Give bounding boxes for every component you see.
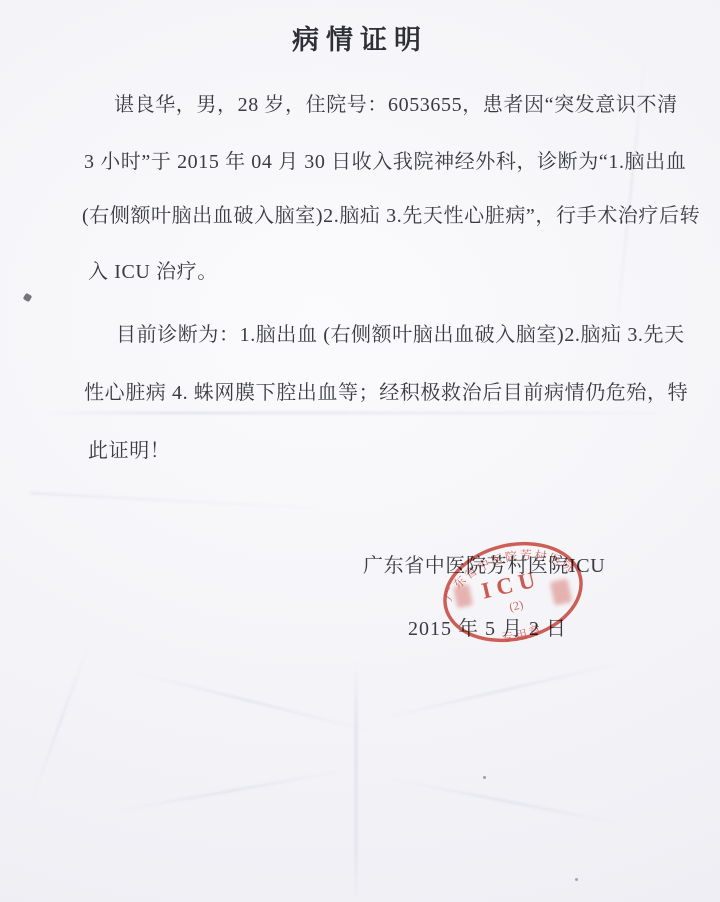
paper-crease [112, 769, 349, 813]
paragraph2-line3: 此证明！ [88, 434, 170, 463]
scanned-document-page: 病情证明 谌良华，男，28 岁，住院号：6053655，患者因“突发意识不清 3… [0, 0, 720, 902]
stamp-graphic: 广东省中医院芳村医院 专用章 ICU (2) [416, 512, 610, 671]
paper-crease [30, 492, 330, 510]
paper-crease [373, 661, 627, 721]
stamp-smudge [453, 584, 473, 609]
paper-crease [124, 669, 377, 734]
paper-crease [40, 412, 680, 414]
paper-crease [355, 660, 357, 900]
issue-date: 2015 年 5 月 2 日 [408, 612, 567, 641]
ink-speck [575, 878, 578, 881]
paper-crease [614, 41, 647, 340]
paragraph2-line2: 性心脏病 4. 蛛网膜下腔出血等；经积极救治后目前病情仍危殆，特 [84, 376, 688, 405]
paragraph1-line1: 谌良华，男，28 岁，住院号：6053655，患者因“突发意识不清 [114, 88, 678, 117]
paragraph1-line2: 3 小时”于 2015 年 04 月 30 日收入我院神经外科，诊断为“1.脑出… [84, 145, 686, 174]
paper-crease [29, 635, 92, 805]
ink-speck [483, 776, 486, 779]
stamp-smudge [550, 578, 573, 605]
paper-crease [382, 776, 628, 826]
paragraph1-line4: 入 ICU 治疗。 [88, 255, 218, 284]
document-title: 病情证明 [0, 18, 720, 57]
issuer-signature: 广东省中医院芳村医院ICU [363, 549, 605, 578]
red-icu-stamp: 广东省中医院芳村医院 专用章 ICU (2) [416, 512, 610, 671]
ink-speck [23, 293, 33, 303]
paragraph2-line1: 目前诊断为：1.脑出血 (右侧额叶脑出血破入脑室)2.脑疝 3.先天 [116, 318, 685, 347]
paragraph1-line3: (右侧额叶脑出血破入脑室)2.脑疝 3.先天性心脏病”，行手术治疗后转 [82, 199, 700, 228]
